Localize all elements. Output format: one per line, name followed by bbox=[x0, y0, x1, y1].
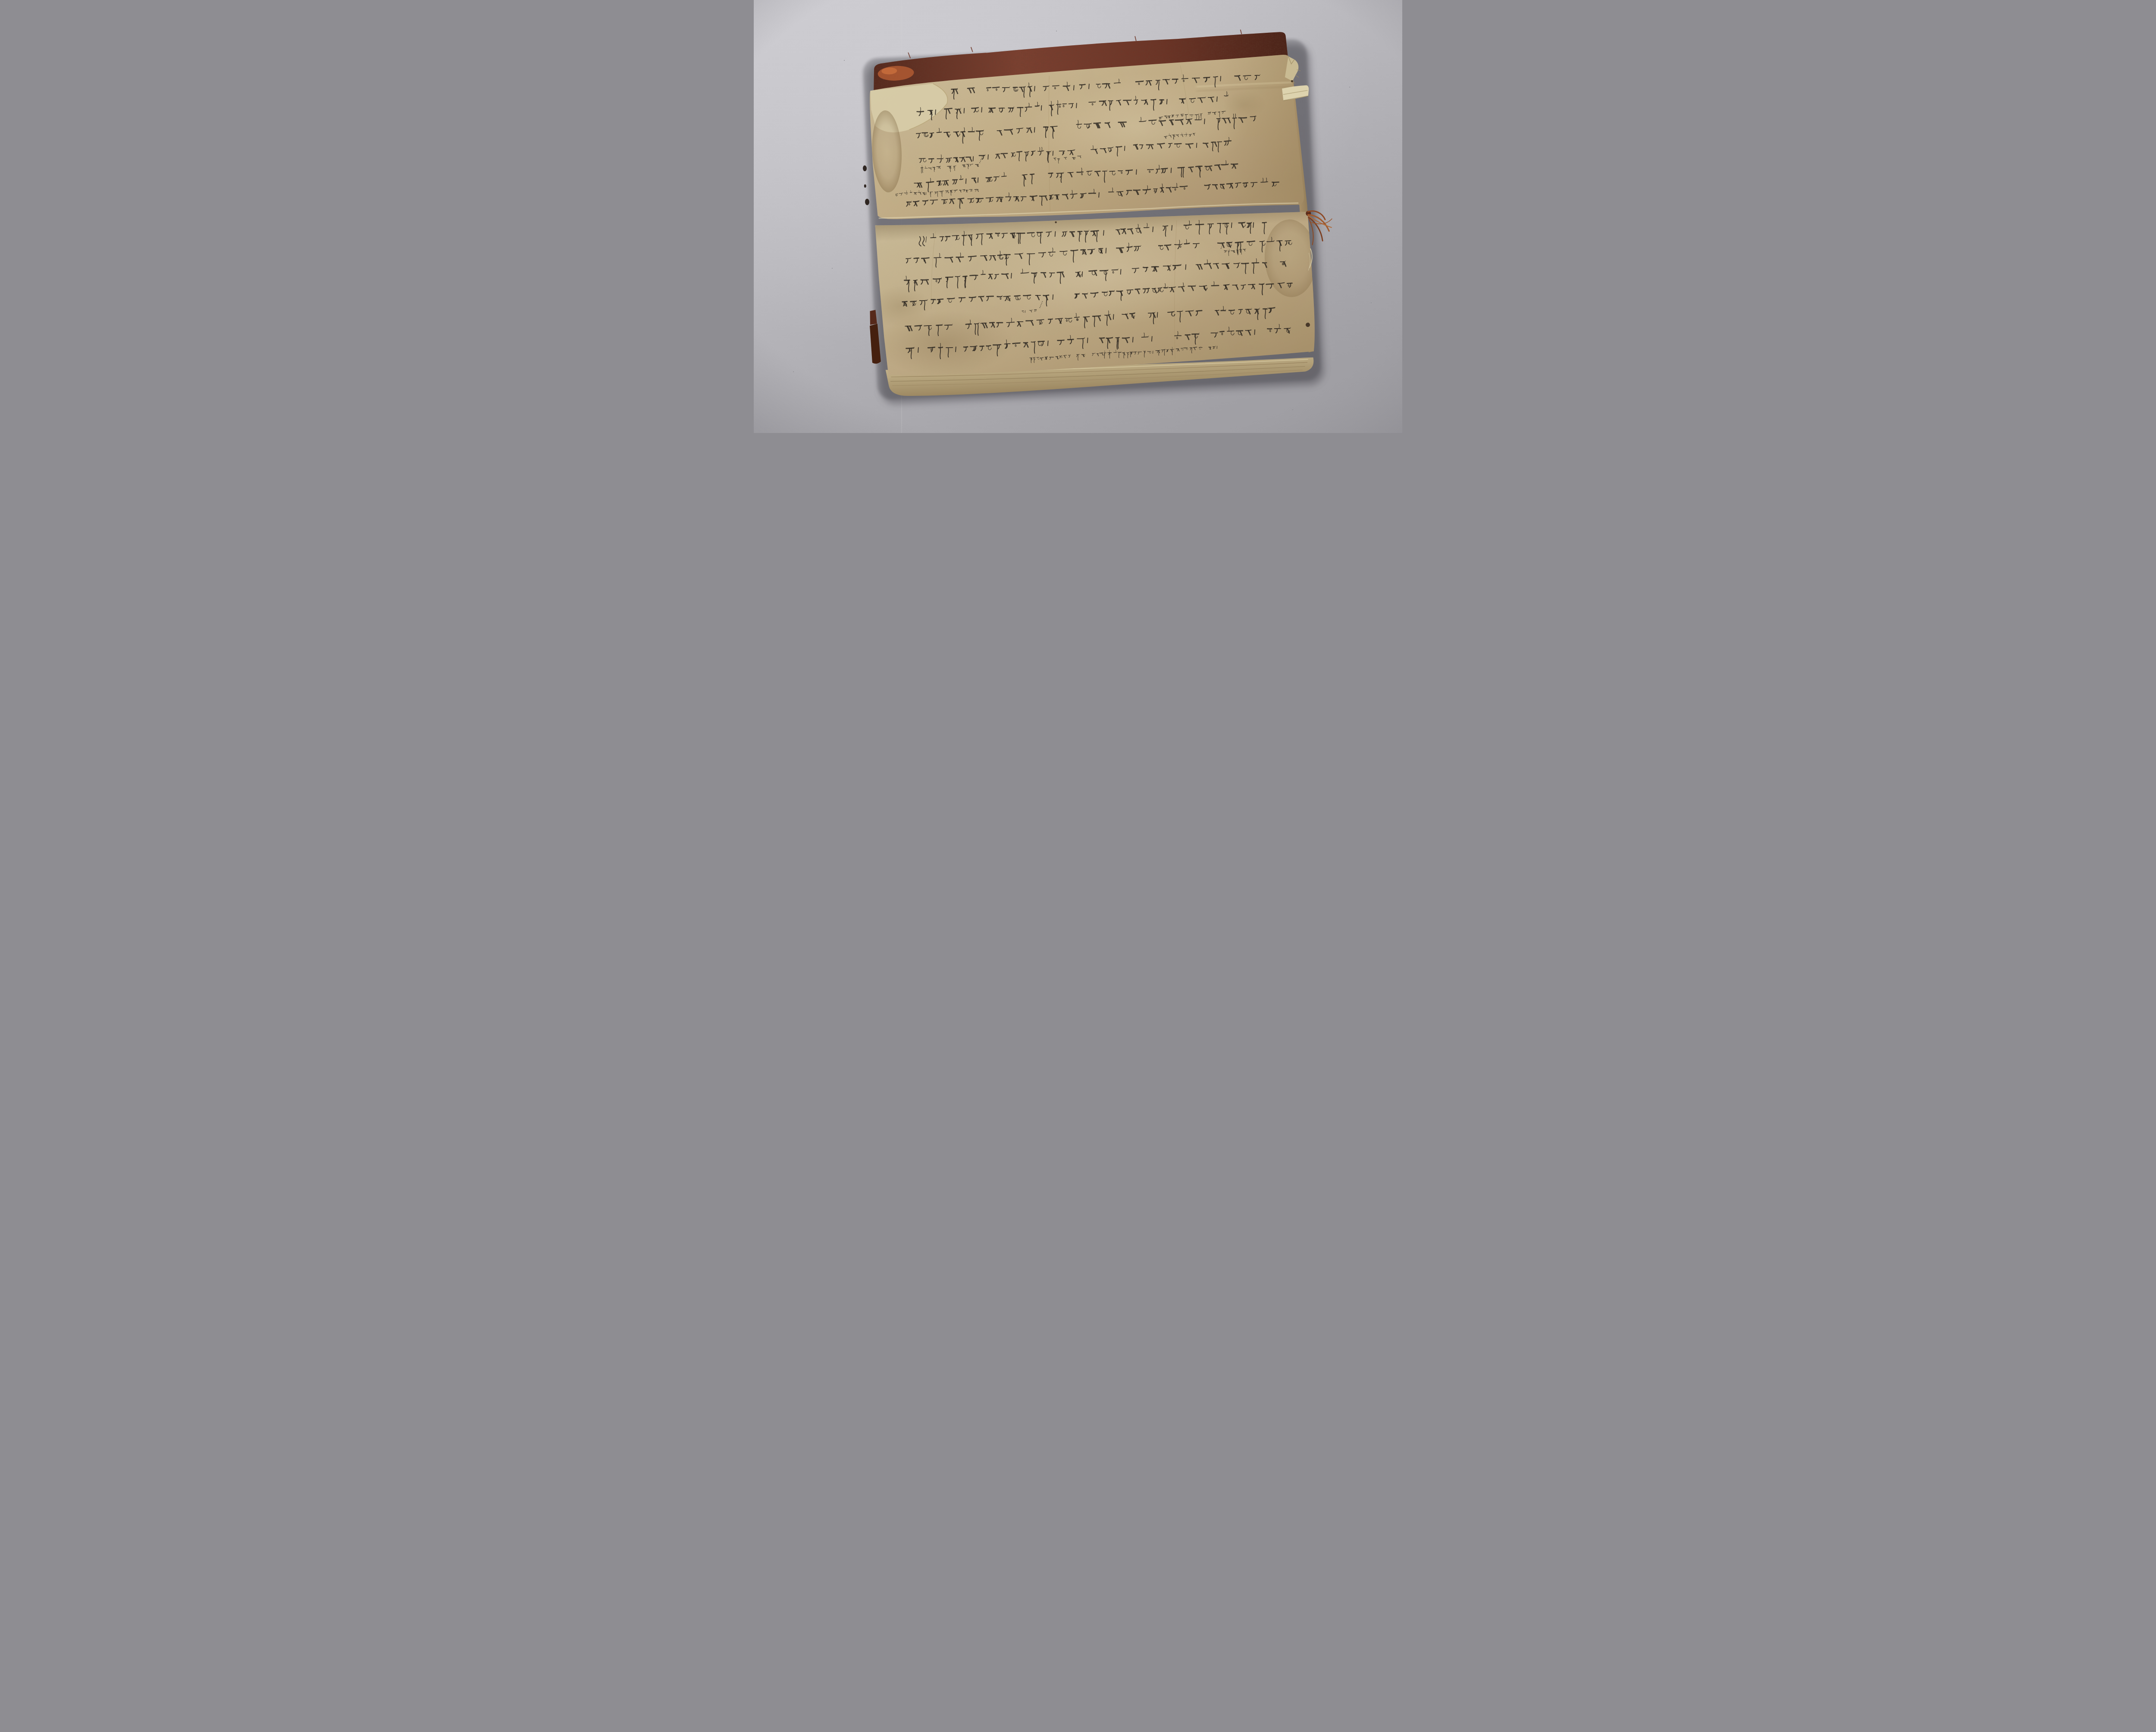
lower-page bbox=[866, 203, 1321, 379]
photo-canvas bbox=[754, 0, 1402, 433]
manuscript-photo bbox=[754, 0, 1402, 433]
manuscript-book bbox=[857, 26, 1340, 405]
